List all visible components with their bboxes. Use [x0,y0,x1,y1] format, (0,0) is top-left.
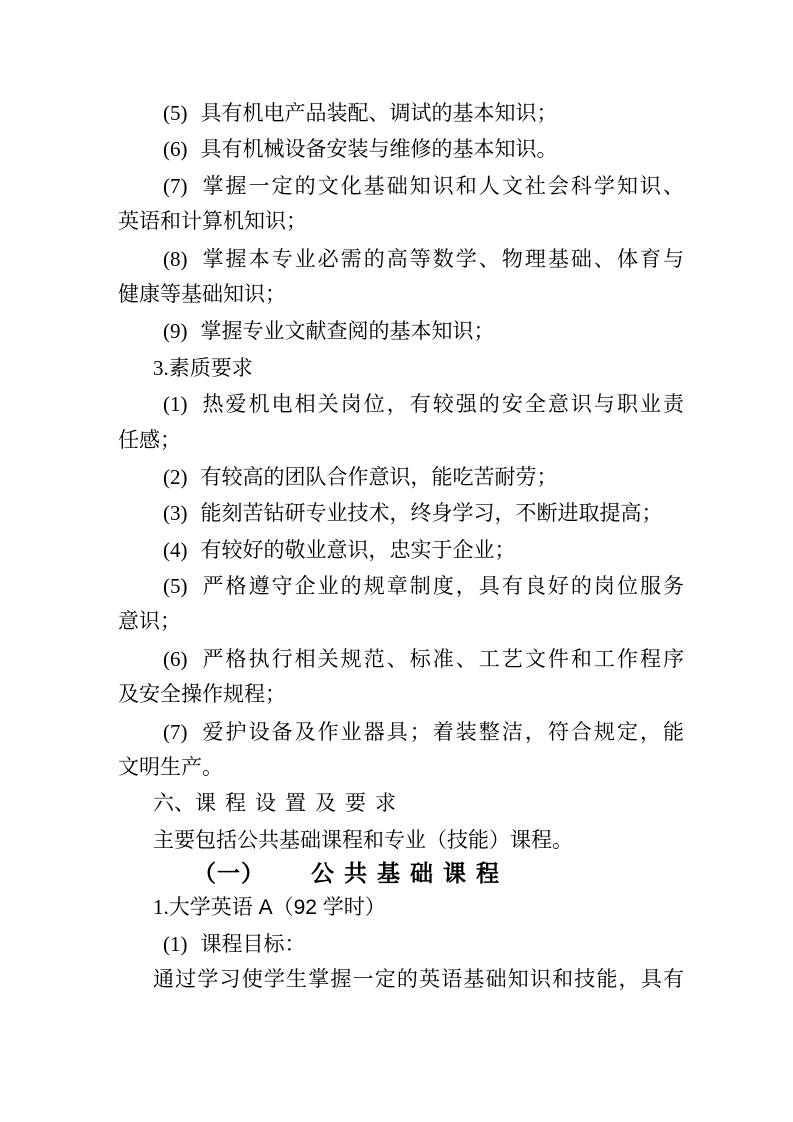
paragraph-line: 通过学习使学生掌握一定的英语基础知识和技能，具有 [118,962,684,998]
list-item-line: (2)有较高的团队合作意识，能吃苦耐劳； [118,459,684,495]
list-item-line: (6)具有机械设备安装与维修的基本知识。 [118,131,684,167]
line-text: 大学英语 A（92 学时） [169,896,386,919]
line-text: 主要包括公共基础课程和专业（技能）课程。 [153,829,573,852]
list-item-line: (7)掌握一定的文化基础知识和人文社会科学知识、 [118,168,684,204]
list-marker: (4) [163,538,188,562]
line-text: 文明生产。 [118,756,223,779]
list-marker: (1) [163,932,188,956]
paragraph-line: 主要包括公共基础课程和专业（技能）课程。 [118,823,684,859]
line-text: 健康等基础知识； [118,283,286,306]
list-item-line: (8)掌握本专业必需的高等数学、物理基础、体育与 [118,241,684,277]
list-marker: (7) [163,720,188,744]
line-text: 素质要求 [169,357,253,380]
list-marker: (9) [163,319,188,343]
line-text: 通过学习使学生掌握一定的英语基础知识和技能，具有 [153,968,684,991]
subsection-heading: 3.素质要求 [118,350,684,386]
line-text: 掌握专业文献查阅的基本知识； [201,320,495,343]
list-marker: 1. [153,895,169,919]
list-item-line: (9)掌握专业文献查阅的基本知识； [118,313,684,349]
continuation-line: 及安全操作规程； [118,677,684,713]
list-marker: (3) [163,501,188,525]
list-marker: (1) [163,392,188,416]
list-item-line: (1)热爱机电相关岗位，有较强的安全意识与职业责 [118,386,684,422]
line-text: 具有机械设备安装与维修的基本知识。 [201,138,558,161]
line-text: 具有机电产品装配、调试的基本知识； [201,102,558,125]
document-page: (5)具有机电产品装配、调试的基本知识； (6)具有机械设备安装与维修的基本知识… [0,0,793,1122]
list-marker: (5) [163,574,188,598]
document-body: (5)具有机电产品装配、调试的基本知识； (6)具有机械设备安装与维修的基本知识… [118,0,684,998]
list-marker: (5) [163,101,188,125]
continuation-line: 健康等基础知识； [118,277,684,313]
continuation-line: 英语和计算机知识； [118,204,684,240]
list-item-line: (5)严格遵守企业的规章制度，具有良好的岗位服务 [118,568,684,604]
line-text: 有较好的敬业意识，忠实于企业； [201,539,516,562]
continuation-line: 意识； [118,604,684,640]
list-item-line: (7)爱护设备及作业器具；着装整洁，符合规定，能 [118,714,684,750]
chapter-number: 六、 [153,792,195,815]
continuation-line: 文明生产。 [118,750,684,786]
list-item-line: (4)有较好的敬业意识，忠实于企业； [118,532,684,568]
line-text: 爱护设备及作业器具；着装整洁，符合规定，能 [201,721,685,744]
list-marker: (8) [163,247,188,271]
list-item-line: (1)课程目标： [118,926,684,962]
section-heading: （一）公共基础课程 [118,859,684,889]
line-text: 课程目标： [201,933,306,956]
list-item-line: (3)能刻苦钻研专业技术，终身学习，不断进取提高； [118,495,684,531]
list-marker: 3. [153,356,169,380]
chapter-heading: 六、课程设置及要求 [118,786,684,822]
list-item-line: (6)严格执行相关规范、标准、工艺文件和工作程序 [118,641,684,677]
line-text: 严格遵守企业的规章制度，具有良好的岗位服务 [201,575,685,598]
section-title: 公共基础课程 [311,861,509,886]
line-text: 掌握一定的文化基础知识和人文社会科学知识、 [201,175,685,198]
line-text: 严格执行相关规范、标准、工艺文件和工作程序 [201,648,685,671]
list-marker: (6) [163,137,188,161]
line-text: 意识； [118,610,181,633]
list-marker: (7) [163,174,188,198]
line-text: 热爱机电相关岗位，有较强的安全意识与职业责 [201,393,685,416]
continuation-line: 任感； [118,423,684,459]
line-text: 能刻苦钻研专业技术，终身学习，不断进取提高； [201,502,663,525]
list-marker: (6) [163,647,188,671]
line-text: 及安全操作规程； [118,683,286,706]
course-heading: 1.大学英语 A（92 学时） [118,889,684,925]
line-text: 有较高的团队合作意识，能吃苦耐劳； [201,466,558,489]
line-text: 英语和计算机知识； [118,210,307,233]
list-item-line: (5)具有机电产品装配、调试的基本知识； [118,95,684,131]
line-text: 掌握本专业必需的高等数学、物理基础、体育与 [201,248,685,271]
list-marker: (2) [163,465,188,489]
section-number: （一） [193,861,265,886]
chapter-title: 课程设置及要求 [195,792,405,815]
line-text: 任感； [118,429,181,452]
